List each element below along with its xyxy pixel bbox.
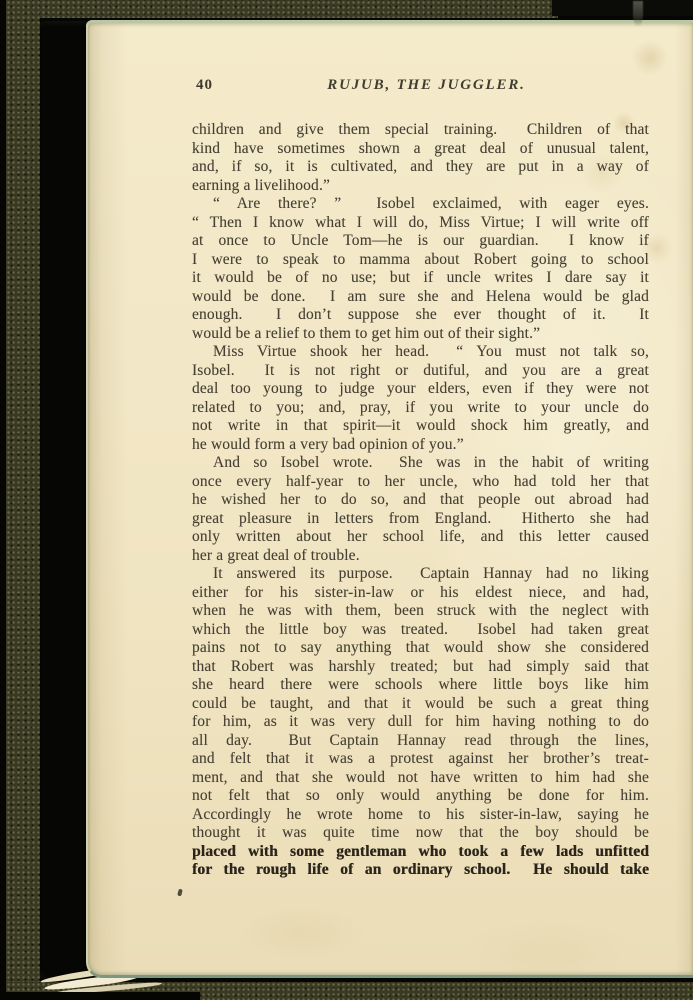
text-line: It answered its purpose. Captain Hannay …	[192, 565, 649, 584]
text-line: thought it was quite time now that the b…	[192, 824, 649, 843]
text-line: Isobel. It is not right or dutiful, and …	[192, 362, 649, 381]
text-line: kind have sometimes shown a great deal o…	[192, 140, 649, 159]
text-line: which the little boy was treated. Isobel…	[192, 621, 649, 640]
body-text: children and give them special training.…	[192, 121, 649, 880]
book-cover-cloth-top	[6, 0, 558, 18]
running-header: 40 RUJUB, THE JUGGLER.	[192, 77, 649, 99]
ribbon-smudge	[633, 1, 643, 27]
text-line: children and give them special training.…	[192, 121, 649, 140]
text-line: could be taught, and that it would be su…	[192, 695, 649, 714]
text-line: he wished her to do so, and that people …	[192, 491, 649, 510]
text-line: when he was with them, been struck with …	[192, 602, 649, 621]
text-line: and, if so, it is cultivated, and they a…	[192, 158, 649, 177]
text-line: and felt that it was a protest against h…	[192, 750, 649, 769]
text-line: related to you; and, pray, if you write …	[192, 399, 649, 418]
text-line: great pleasure in letters from England. …	[192, 510, 649, 529]
text-line: only written about her school life, and …	[192, 528, 649, 547]
text-line: would be done. I am sure she and Helena …	[192, 288, 649, 307]
text-line: Miss Virtue shook her head. “ You must n…	[192, 343, 649, 362]
text-line: deal too young to judge your elders, eve…	[192, 380, 649, 399]
text-line: would be a relief to them to get him out…	[192, 325, 649, 344]
fore-edge-page-stack	[38, 21, 88, 984]
text-line: placed with some gentleman who took a fe…	[192, 843, 649, 862]
stray-ink-mark	[177, 889, 183, 897]
text-line: earning a livelihood.”	[192, 177, 649, 196]
text-line: he would form a very bad opinion of you.…	[192, 436, 649, 455]
text-line: enough. I don’t suppose she ever thought…	[192, 306, 649, 325]
text-line: not write in that spirit—it would shock …	[192, 417, 649, 436]
text-line: for him, as it was very dull for him hav…	[192, 713, 649, 732]
text-line: “ Are there? ” Isobel exclaimed, with ea…	[192, 195, 649, 214]
text-line: she heard there were schools where littl…	[192, 676, 649, 695]
text-line: either for his sister-in-law or his elde…	[192, 584, 649, 603]
text-line: that Robert was harshly treated; but had…	[192, 658, 649, 677]
running-title: RUJUB, THE JUGGLER.	[204, 77, 649, 94]
book-cover-cloth-left	[6, 0, 40, 1000]
scan-shadow-bottom-left	[0, 992, 200, 1000]
scan-shadow-top-right	[552, 0, 693, 16]
text-line: once every half-year to her uncle, who h…	[192, 473, 649, 492]
text-line: Accordingly he wrote home to his sister-…	[192, 806, 649, 825]
text-line: pains not to say anything that would sho…	[192, 639, 649, 658]
text-line: for the rough life of an ordinary school…	[192, 861, 649, 880]
book-page: 40 RUJUB, THE JUGGLER. children and give…	[86, 20, 693, 978]
text-line: at once to Uncle Tom—he is our guardian.…	[192, 232, 649, 251]
text-line: ment, and that she would not have writte…	[192, 769, 649, 788]
text-line: not felt that so only would anything be …	[192, 787, 649, 806]
text-line: “ Then I know what I will do, Miss Virtu…	[192, 214, 649, 233]
text-line: her a great deal of trouble.	[192, 547, 649, 566]
text-line: I were to speak to mamma about Robert go…	[192, 251, 649, 270]
text-line: it would be of no use; but if uncle writ…	[192, 269, 649, 288]
text-line: And so Isobel wrote. She was in the habi…	[192, 454, 649, 473]
text-line: all day. But Captain Hannay read through…	[192, 732, 649, 751]
book-scan: 40 RUJUB, THE JUGGLER. children and give…	[0, 0, 693, 1000]
